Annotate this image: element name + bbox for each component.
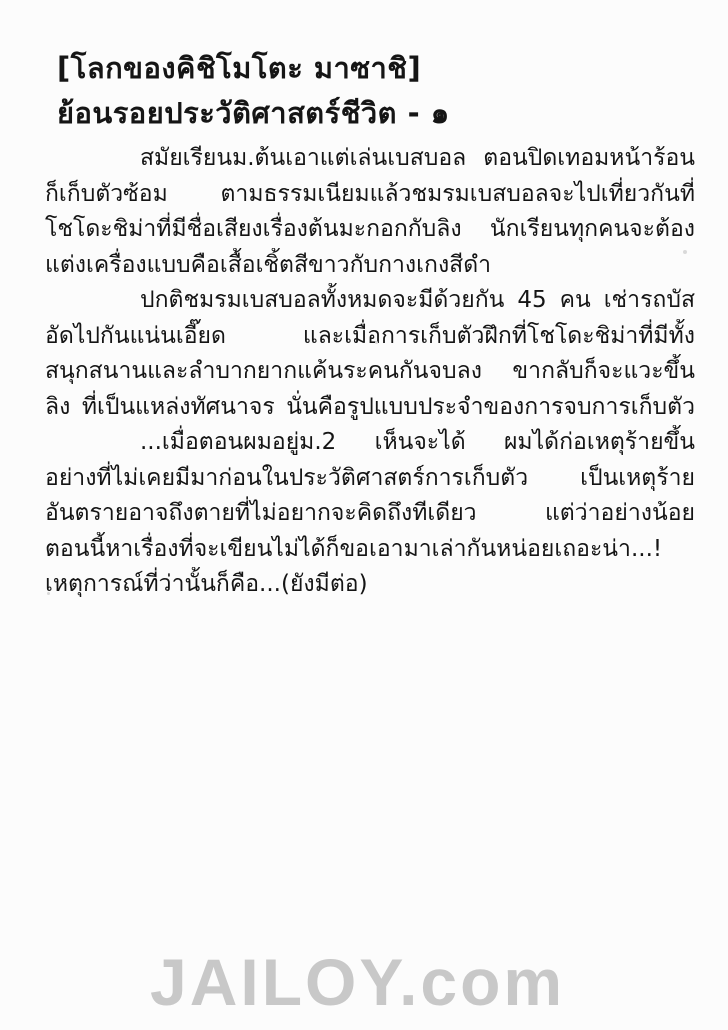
text-line: ลิง ที่เป็นแหล่งทัศนาจร นั่นคือรูปแบบประ…	[45, 390, 695, 426]
scan-speck	[683, 250, 687, 254]
scan-speck	[375, 341, 378, 344]
text-line: แต่งเครื่องแบบคือเสื้อเชิ้ตสีขาวกับกางเก…	[45, 248, 695, 284]
text-line: สนุกสนานและลำบากยากแค้นระคนกันจบลง ขากลั…	[45, 354, 695, 390]
text-line: ตอนนี้หาเรื่องที่จะเขียนไม่ได้ก็ขอเอามาเ…	[45, 532, 695, 568]
text-line: เหตุการณ์ที่ว่านั้นก็คือ...(ยังมีต่อ)	[45, 567, 695, 603]
text-line: สมัยเรียนม.ต้นเอาแต่เล่นเบสบอล ตอนปิดเทอ…	[45, 141, 695, 177]
watermark: JAILOY.com	[150, 944, 565, 1020]
page-subtitle: ย้อนรอยประวัติศาสตร์ชีวิต - ๑	[57, 91, 450, 136]
text-line: อัดไปกันแน่นเอี๊ยด และเมื่อการเก็บตัวฝึก…	[45, 319, 695, 355]
text-line: ...เมื่อตอนผมอยู่ม.2 เห็นจะได้ ผมได้ก่อเ…	[45, 425, 695, 461]
body-text: สมัยเรียนม.ต้นเอาแต่เล่นเบสบอล ตอนปิดเทอ…	[45, 141, 695, 603]
scan-speck	[47, 592, 50, 595]
text-line: อย่างที่ไม่เคยมีมาก่อนในประวัติศาสตร์การ…	[45, 461, 695, 497]
text-line: โชโดะชิม่าที่มีชื่อเสียงเรื่องต้นมะกอกกั…	[45, 212, 695, 248]
text-line: อันตรายอาจถึงตายที่ไม่อยากจะคิดถึงทีเดีย…	[45, 496, 695, 532]
text-line: ปกติชมรมเบสบอลทั้งหมดจะมีด้วยกัน 45 คน เ…	[45, 283, 695, 319]
scanned-document-page: [โลกของคิชิโมโตะ มาซาชิ] ย้อนรอยประวัติศ…	[0, 0, 728, 1030]
page-title: [โลกของคิชิโมโตะ มาซาชิ]	[57, 46, 450, 91]
title-block: [โลกของคิชิโมโตะ มาซาชิ] ย้อนรอยประวัติศ…	[57, 46, 450, 136]
text-line: ก็เก็บตัวซ้อม ตามธรรมเนียมแล้วชมรมเบสบอล…	[45, 177, 695, 213]
